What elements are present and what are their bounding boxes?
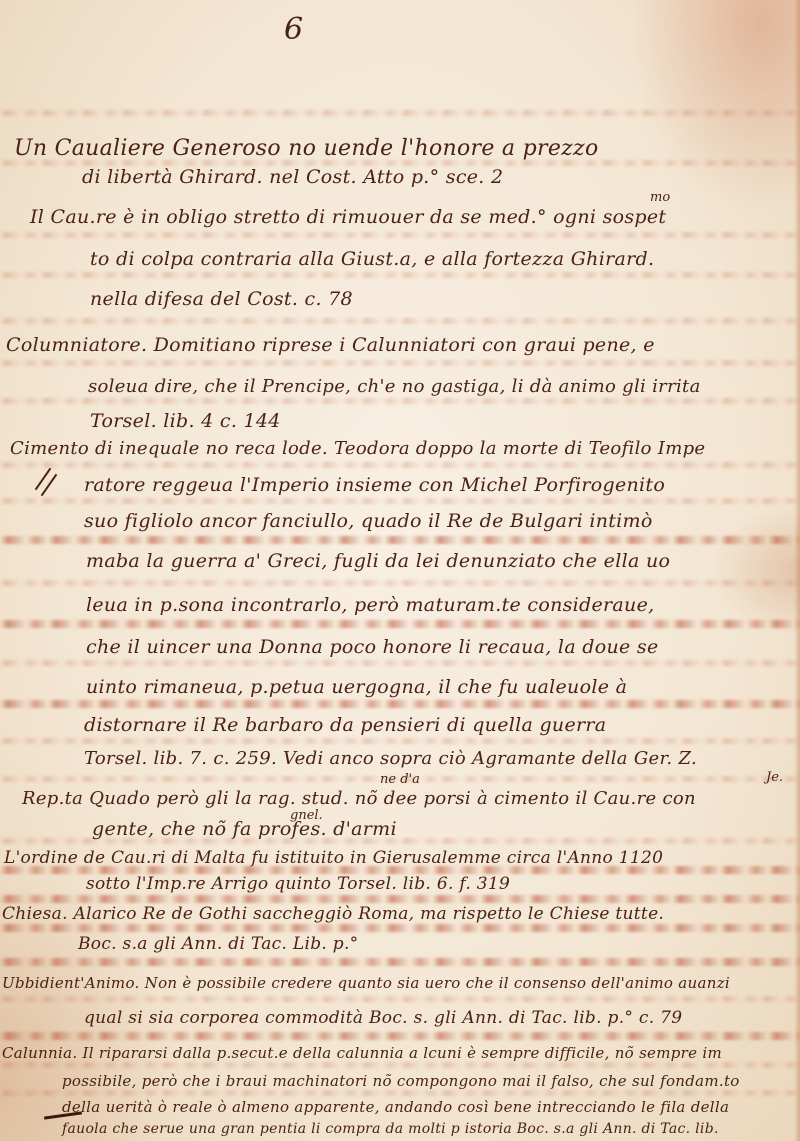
- bleed-through-line: [0, 498, 800, 504]
- interlinear-note: ne d'a: [380, 772, 420, 787]
- manuscript-page: 6 Un Caualiere Generoso no uende l'honor…: [0, 0, 800, 1141]
- text-line: soleua dire, che il Prencipe, ch'e no ga…: [88, 378, 701, 396]
- bleed-through-line: [0, 272, 800, 278]
- text-line: to di colpa contraria alla Giust.a, e al…: [90, 250, 654, 269]
- text-line: Chiesa. Alarico Re de Gothi saccheggiò R…: [2, 906, 664, 923]
- text-line: qual si sia corporea commodità Boc. s. g…: [84, 1010, 682, 1027]
- bleed-through-line: [0, 738, 800, 744]
- text-line: suo figliolo ancor fanciullo, quado il R…: [84, 512, 653, 531]
- text-line: Cimento di inequale no reca lode. Teodor…: [10, 440, 705, 458]
- bleed-through-line: [0, 360, 800, 366]
- text-line: Un Caualiere Generoso no uende l'honore …: [14, 138, 599, 160]
- text-line: Torsel. lib. 4 c. 144: [90, 412, 281, 431]
- text-line: uinto rimaneua, p.petua uergogna, il che…: [86, 678, 627, 697]
- interlinear-note: mo: [650, 190, 670, 205]
- bleed-through-line: [0, 1032, 800, 1040]
- text-line: fauola che serue una gran pentia li comp…: [62, 1122, 719, 1136]
- bleed-through-line: [0, 958, 800, 966]
- bleed-through-line: [0, 1062, 800, 1068]
- text-line: Ubbidient'Animo. Non è possibile credere…: [2, 976, 730, 991]
- text-line: leua in p.sona incontrarlo, però maturam…: [86, 596, 654, 615]
- bleed-through-line: [0, 660, 800, 666]
- bleed-through-line: [0, 318, 800, 324]
- text-line: L'ordine de Cau.ri di Malta fu istituito…: [4, 850, 663, 867]
- bleed-through-line: [0, 996, 800, 1002]
- interlinear-note: Je.: [766, 770, 783, 785]
- text-line: ratore reggeua l'Imperio insieme con Mic…: [84, 476, 665, 495]
- text-line: che il uincer una Donna poco honore li r…: [86, 638, 659, 657]
- text-line: Il Cau.re è in obligo stretto di rimuoue…: [30, 208, 666, 227]
- bleed-through-line: [0, 620, 800, 628]
- folio-number: 6: [284, 12, 303, 47]
- bleed-through-line: [0, 110, 800, 116]
- text-line: Calunnia. Il ripararsi dalla p.secut.e d…: [2, 1046, 722, 1061]
- bleed-through-line: [0, 1090, 800, 1096]
- bleed-through-line: [0, 232, 800, 238]
- bleed-through-line: [0, 580, 800, 586]
- text-line: Columniatore. Domitiano riprese i Calunn…: [6, 336, 655, 355]
- text-line: possibile, però che i braui machinatori …: [62, 1074, 740, 1089]
- bleed-through-line: [0, 924, 800, 932]
- page-edge-stain: [794, 0, 800, 1141]
- text-line: gente, che nõ fa profes. d'armi: [92, 820, 397, 839]
- text-line: di libertà Ghirard. nel Cost. Atto p.° s…: [82, 168, 503, 187]
- text-line: maba la guerra a' Greci, fugli da lei de…: [86, 552, 670, 571]
- bleed-through-line: [0, 536, 800, 544]
- bleed-through-line: [0, 398, 800, 404]
- text-line: Torsel. lib. 7. c. 259. Vedi anco sopra …: [84, 750, 697, 768]
- text-line: sotto l'Imp.re Arrigo quinto Torsel. lib…: [86, 876, 510, 893]
- bleed-through-line: [0, 700, 800, 708]
- text-line: Rep.ta Quado però gli la rag. stud. nõ d…: [22, 790, 696, 808]
- text-line: nella difesa del Cost. c. 78: [90, 290, 353, 309]
- interlinear-note: gnel.: [290, 808, 323, 823]
- text-line: Boc. s.a gli Ann. di Tac. Lib. p.°: [78, 936, 358, 953]
- text-line: distornare il Re barbaro da pensieri di …: [84, 716, 606, 735]
- bleed-through-line: [0, 462, 800, 468]
- text-line: della uerità ò reale ò almeno apparente,…: [62, 1100, 729, 1115]
- bleed-through-line: [0, 895, 800, 903]
